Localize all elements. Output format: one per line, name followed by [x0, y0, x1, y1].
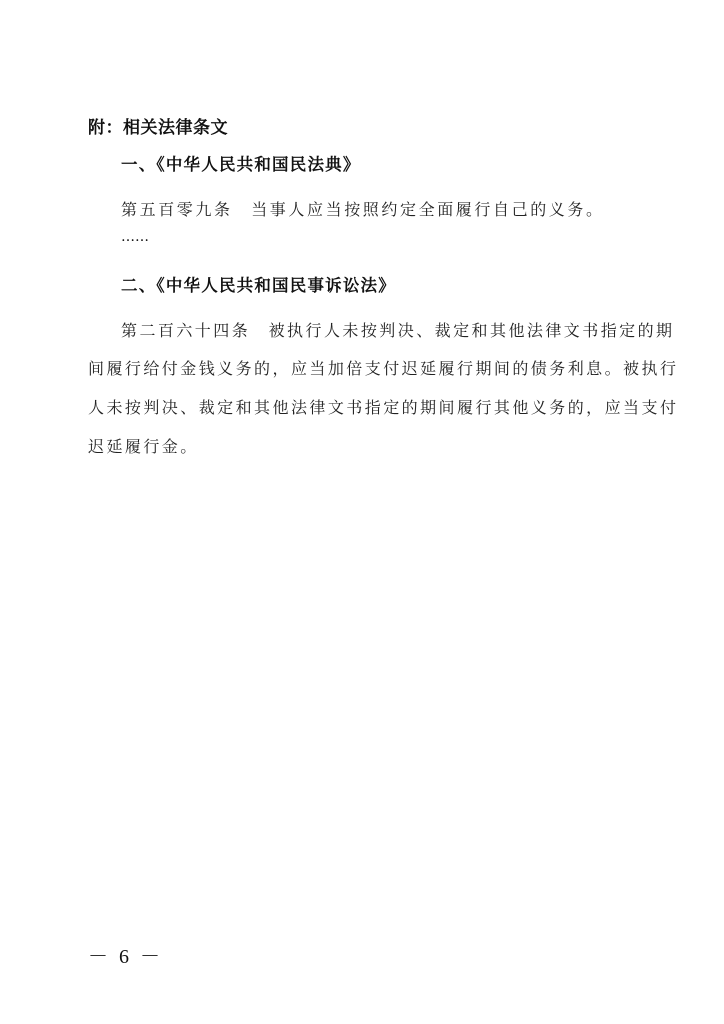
article-509: 第五百零九条 当事人应当按照约定全面履行自己的义务。 — [121, 197, 605, 220]
article-264-line-2: 间履行给付金钱义务的，应当加倍支付迟延履行期间的债务利息。被执行 — [88, 356, 678, 379]
article-264-line-3: 人未按判决、裁定和其他法律文书指定的期间履行其他义务的，应当支付 — [88, 395, 678, 418]
section-heading-civil-code: 一、《中华人民共和国民法典》 — [121, 151, 361, 175]
article-264-line-1: 第二百六十四条 被执行人未按判决、裁定和其他法律文书指定的期 — [121, 318, 675, 341]
article-264-line-4: 迟延履行金。 — [88, 434, 199, 457]
section-heading-civil-procedure-law: 二、《中华人民共和国民事诉讼法》 — [121, 272, 396, 296]
page-number: － 6 － — [88, 940, 163, 969]
appendix-title: 附：相关法律条文 — [88, 113, 228, 138]
document-page: 附：相关法律条文 一、《中华人民共和国民法典》 第五百零九条 当事人应当按照约定… — [0, 0, 724, 1024]
ellipsis: …… — [121, 229, 149, 245]
